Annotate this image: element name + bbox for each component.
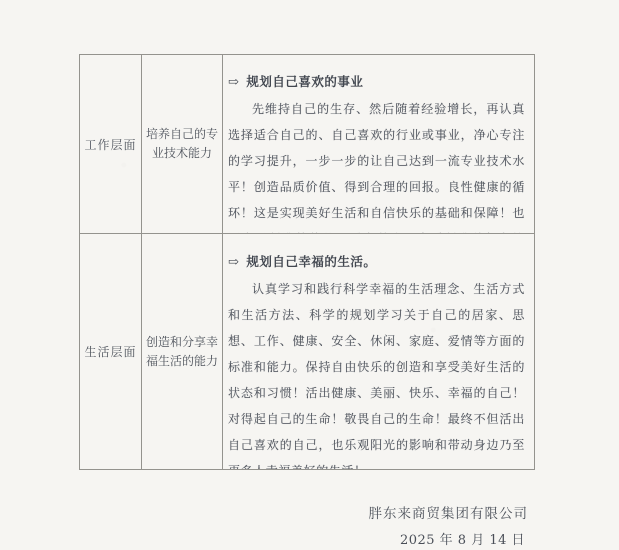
life-level-cell: 生活层面 bbox=[80, 234, 142, 469]
work-level-cell: 工作层面 bbox=[80, 55, 142, 233]
company-signature: 胖东来商贸集团有限公司 bbox=[369, 502, 529, 522]
life-ability-cell: 创造和分享幸福生活的能力 bbox=[142, 234, 223, 469]
work-level-label: 工作层面 bbox=[84, 136, 136, 153]
work-ability-cell: 培养自己的专业技术能力 bbox=[142, 55, 223, 233]
document-date: 2025 年 8 月 14 日 bbox=[400, 529, 525, 548]
life-ability-label: 创造和分享幸福生活的能力 bbox=[145, 333, 219, 371]
work-body-paragraph: 先维持自己的生存、然后随着经验增长，再认真选择适合自己的、自己喜欢的行业或事业，… bbox=[228, 96, 525, 233]
right-arrow-icon: ⇨ bbox=[228, 70, 239, 96]
life-content-cell: ⇨规划自己幸福的生活。 认真学习和践行科学幸福的生活理念、生活方式和生活方法、科… bbox=[223, 234, 534, 469]
table-row-work: 工作层面 培养自己的专业技术能力 ⇨规划自己喜欢的事业 先维持自己的生存、然后随… bbox=[80, 55, 534, 234]
work-heading-line: ⇨规划自己喜欢的事业 bbox=[228, 69, 525, 96]
work-content-cell: ⇨规划自己喜欢的事业 先维持自己的生存、然后随着经验增长，再认真选择适合自己的、… bbox=[223, 55, 534, 233]
life-heading-text: 规划自己幸福的生活。 bbox=[246, 254, 376, 269]
work-ability-label: 培养自己的专业技术能力 bbox=[145, 125, 219, 163]
life-body-paragraph: 认真学习和践行科学幸福的生活理念、生活方式和生活方法、科学的规划学习关于自己的居… bbox=[228, 276, 525, 469]
work-heading-text: 规划自己喜欢的事业 bbox=[246, 74, 363, 89]
table-row-life: 生活层面 创造和分享幸福生活的能力 ⇨规划自己幸福的生活。 认真学习和践行科学幸… bbox=[80, 234, 534, 469]
scanned-document-page: 工作层面 培养自己的专业技术能力 ⇨规划自己喜欢的事业 先维持自己的生存、然后随… bbox=[0, 0, 619, 550]
levels-table: 工作层面 培养自己的专业技术能力 ⇨规划自己喜欢的事业 先维持自己的生存、然后随… bbox=[79, 54, 535, 470]
life-heading-line: ⇨规划自己幸福的生活。 bbox=[228, 249, 525, 276]
life-level-label: 生活层面 bbox=[84, 343, 136, 360]
right-arrow-icon: ⇨ bbox=[228, 250, 239, 276]
